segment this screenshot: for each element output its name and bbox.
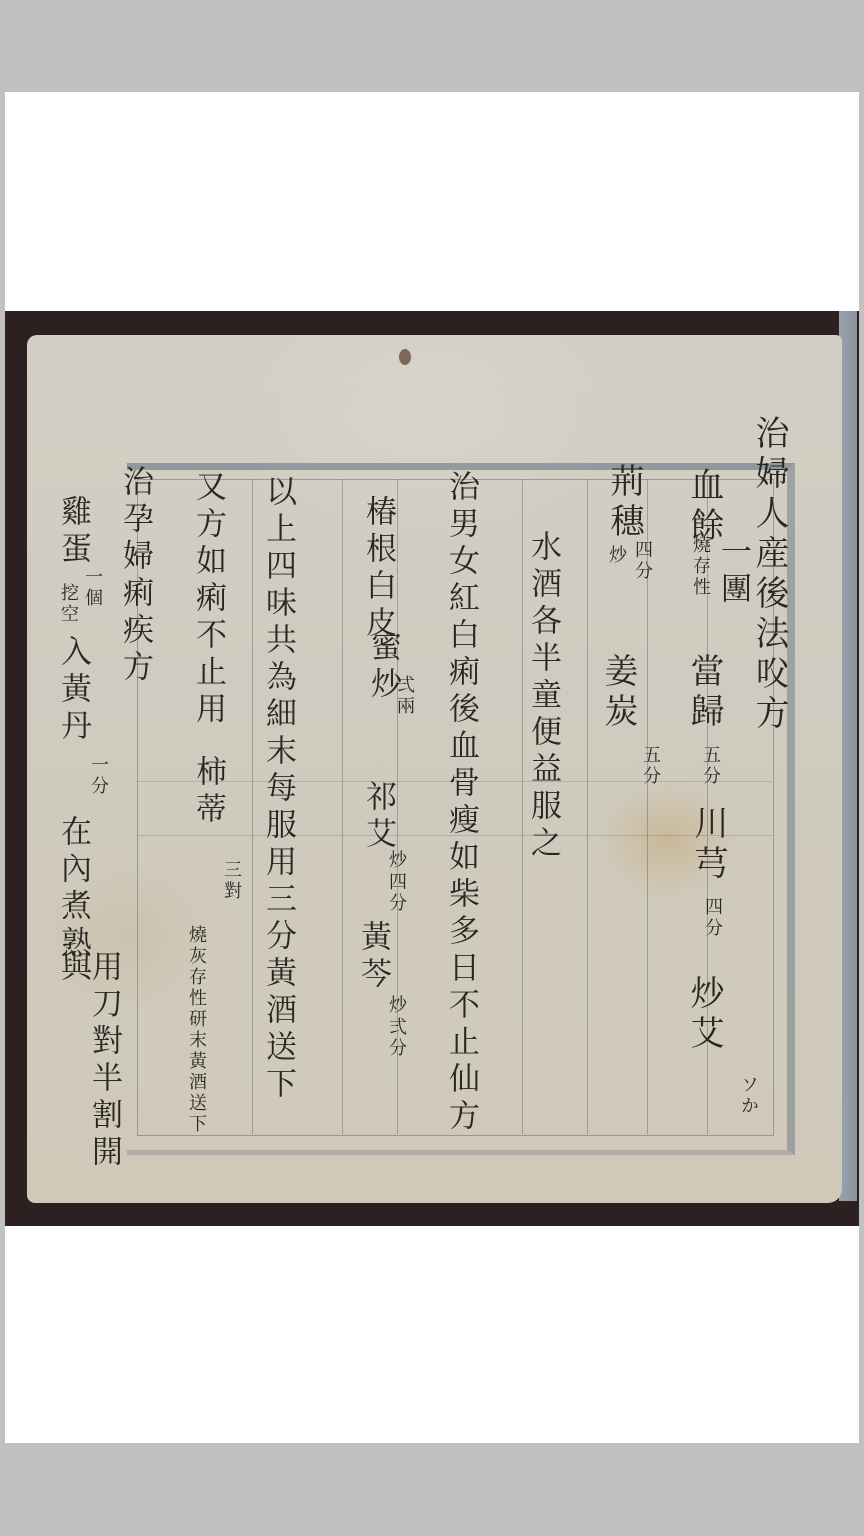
heading-column-2: 治男女紅白痢後血骨瘦如柴多日不止仙方 bbox=[445, 470, 476, 1136]
ingredient-note: 四分 bbox=[703, 897, 721, 939]
ingredient-text: 荊穗 bbox=[604, 463, 644, 543]
manuscript-page: 治婦人産後法㕮方 血餘 一團 燒存性 當歸 五分 川芎 四分 炒艾 ソか bbox=[27, 335, 842, 1203]
ingredient-name: 入黃丹 bbox=[57, 635, 88, 746]
ingredient-text: 雞蛋 bbox=[55, 495, 91, 569]
ingredient-name: 黃芩 bbox=[357, 920, 388, 994]
ingredient-text: 祁艾 bbox=[360, 780, 396, 854]
ingredient-text: 入黃丹 bbox=[55, 635, 91, 746]
ingredient-note: 一分 bbox=[89, 755, 107, 797]
column-rule bbox=[522, 479, 523, 1134]
ingredient-note: 弍兩 bbox=[395, 675, 413, 717]
instruction-text: 以上四味共為細末每服用三分黃酒送下 bbox=[260, 475, 296, 1104]
heading-column-4: 治孕婦痢疾方 bbox=[119, 465, 150, 687]
ingredient-note: 五分 bbox=[641, 745, 659, 787]
ingredients-column-2: 荊穗 bbox=[607, 463, 641, 543]
ingredient-note: 炒 bbox=[387, 850, 405, 871]
heading-column-3: 又方如痢不止用 bbox=[192, 470, 223, 729]
ingredient-note: 弍分 bbox=[387, 1017, 405, 1059]
ingredient-text: 柿蒂 bbox=[190, 755, 226, 829]
ingredients-column-4: 雞蛋 bbox=[57, 495, 88, 569]
heading-text: 治孕婦痢疾方 bbox=[117, 465, 153, 687]
ingredient-text: 姜炭 bbox=[598, 653, 638, 733]
ingredient-note: 五分 bbox=[701, 745, 719, 787]
note-text: 燒灰存性研末黃酒送下 bbox=[186, 925, 207, 1135]
note-text: 弍兩 bbox=[394, 675, 415, 717]
ingredient-name: 在內煮熟 bbox=[57, 815, 88, 963]
note-text: 弍分 bbox=[386, 1017, 407, 1059]
note-text: ソか bbox=[738, 1075, 759, 1117]
ingredient-text: 在內煮熟 bbox=[55, 815, 91, 963]
column-rule bbox=[252, 479, 253, 1134]
ingredient-note: 炒 bbox=[387, 995, 405, 1016]
ingredient-note: 三對 bbox=[222, 860, 240, 902]
ingredient-qty: 一團 bbox=[717, 535, 748, 609]
instruction-text: 用刀對半割開與 bbox=[55, 950, 122, 1172]
title-column: 治婦人産後法㕮方 bbox=[752, 415, 786, 735]
note-text: 挖空 bbox=[58, 583, 79, 625]
title-text: 治婦人産後法㕮方 bbox=[749, 415, 789, 735]
note-text: 炒 bbox=[386, 995, 407, 1016]
ingredient-name: 當歸 bbox=[687, 653, 721, 733]
ingredient-note: 四分 bbox=[633, 540, 651, 582]
ingredient-name: 柿蒂 bbox=[192, 755, 223, 829]
note-text: 炒 bbox=[386, 850, 407, 871]
ink-stain bbox=[399, 349, 411, 365]
ingredient-text: 川芎 bbox=[688, 805, 728, 885]
ingredient-text: 炒艾 bbox=[684, 975, 724, 1055]
note-text: 四分 bbox=[386, 872, 407, 914]
instruction-text: 用刀對半割開與 bbox=[57, 950, 119, 1203]
manuscript-scan: 治婦人産後法㕮方 血餘 一團 燒存性 當歸 五分 川芎 四分 炒艾 ソか bbox=[5, 311, 859, 1226]
heading-text: 又方如痢不止用 bbox=[190, 470, 226, 729]
ingredient-name: 川芎 bbox=[691, 805, 725, 885]
ingredient-note: 一個 bbox=[83, 567, 101, 609]
ingredient-text: 椿根白皮 bbox=[360, 495, 396, 643]
note-text: 炒 bbox=[606, 545, 627, 566]
note-text: 燒存性 bbox=[690, 535, 711, 598]
ingredient-note: 燒灰存性研末黃酒送下 bbox=[187, 925, 205, 1135]
qty-text: 一團 bbox=[715, 535, 751, 609]
instructions-column-1: 水酒各半童便益服之 bbox=[527, 530, 558, 863]
column-rule bbox=[587, 479, 588, 1134]
ingredient-note: 炒 bbox=[607, 545, 625, 566]
ingredient-note: 四分 bbox=[387, 872, 405, 914]
column-rule bbox=[342, 479, 343, 1134]
ingredient-text: 黃芩 bbox=[355, 920, 391, 994]
note-text: 四分 bbox=[632, 540, 653, 582]
note-text: 五分 bbox=[640, 745, 661, 787]
note-text: 一分 bbox=[88, 755, 109, 797]
heading-text: 治男女紅白痢後血骨瘦如柴多日不止仙方 bbox=[443, 470, 479, 1136]
instructions-column-2: 以上四味共為細末每服用三分黃酒送下 bbox=[262, 475, 293, 1104]
ingredient-note: 挖空 bbox=[59, 583, 77, 625]
ingredients-column-3: 椿根白皮 bbox=[362, 495, 393, 643]
ingredient-name: 祁艾 bbox=[362, 780, 393, 854]
note-text: 一個 bbox=[82, 567, 103, 609]
note-text: 五分 bbox=[700, 745, 721, 787]
instruction-text: 水酒各半童便益服之 bbox=[525, 530, 561, 863]
ingredient-note: ソか bbox=[739, 1075, 757, 1117]
ingredient-text: 當歸 bbox=[684, 653, 724, 733]
note-text: 四分 bbox=[702, 897, 723, 939]
note-text: 三對 bbox=[221, 860, 242, 902]
ingredient-name: 姜炭 bbox=[601, 653, 635, 733]
ingredient-name: 炒艾 bbox=[687, 975, 721, 1055]
ingredient-note: 燒存性 bbox=[691, 535, 709, 598]
